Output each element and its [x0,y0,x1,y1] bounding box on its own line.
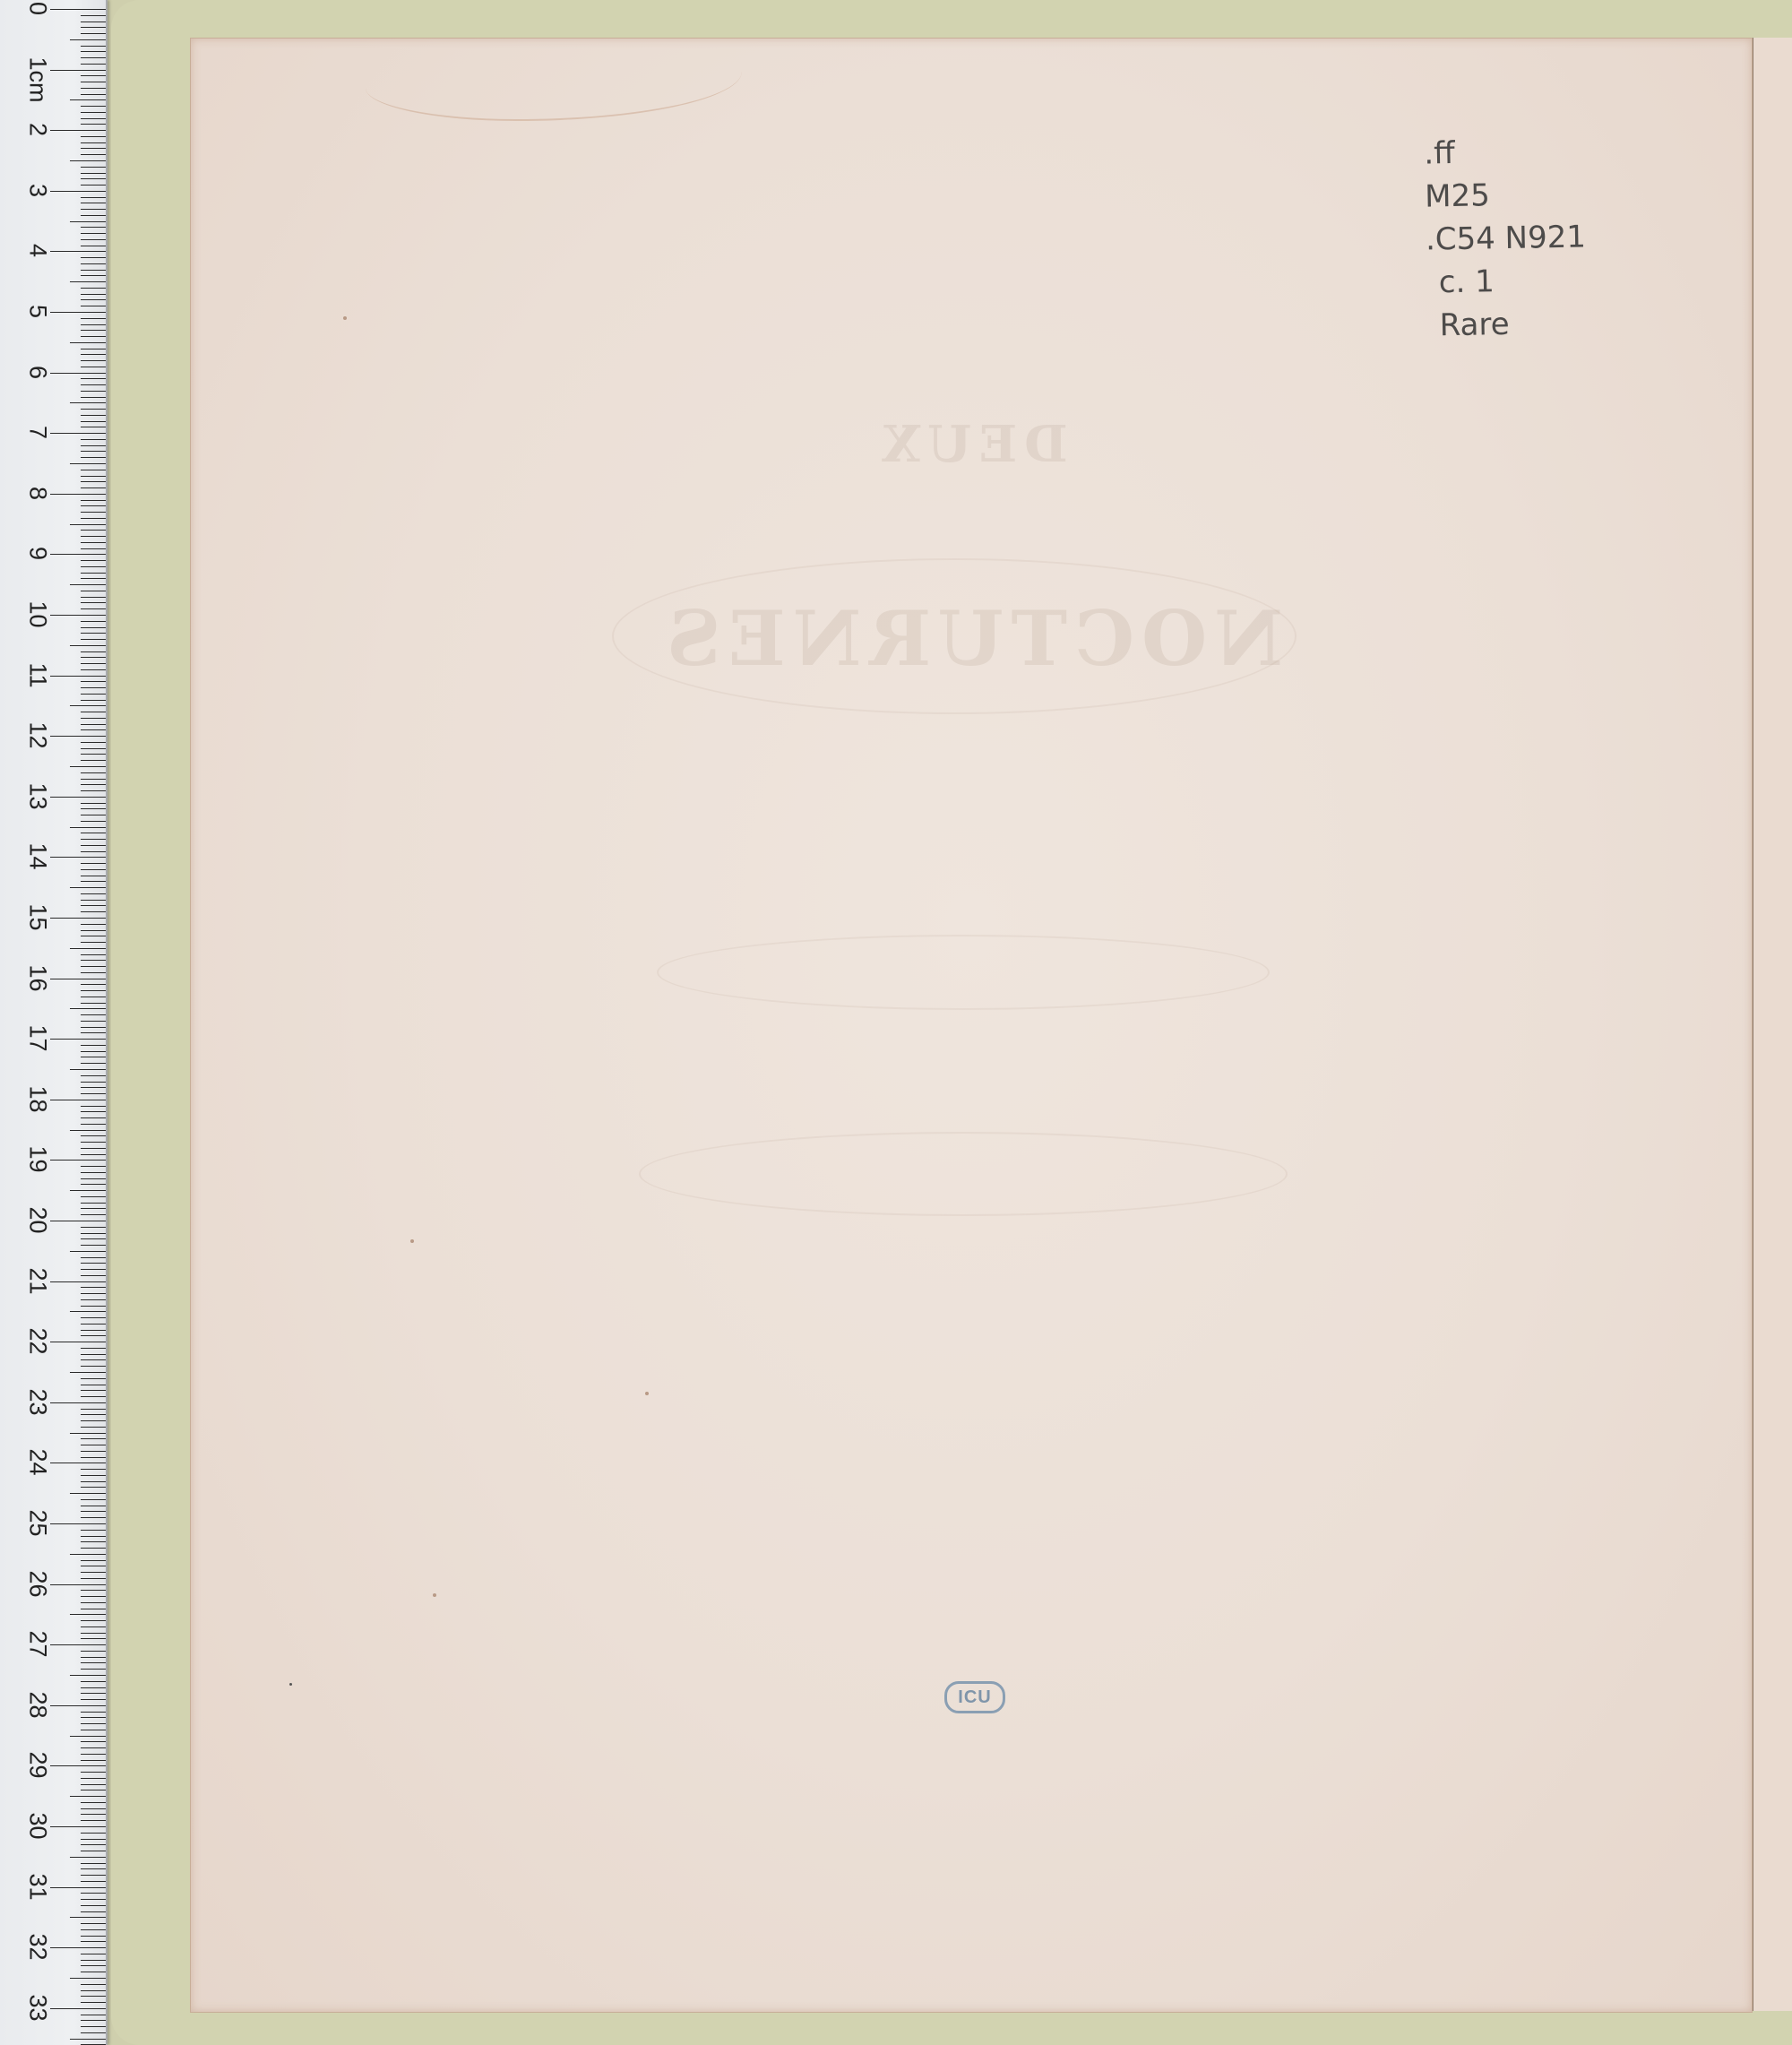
ruler-tick [81,1124,106,1125]
ruler-tick [81,839,106,840]
ruler-tick [81,457,106,458]
ruler-tick [81,608,106,609]
ruler-tick [81,64,106,65]
ruler-tick [81,724,106,725]
ruler-number: 5 [24,294,52,330]
ruler-tick [81,1203,106,1204]
ruler-tick [81,942,106,943]
ruler-tick [81,1548,106,1549]
ruler-tick [81,784,106,785]
ruler-tick [81,470,106,470]
ruler-tick [81,2020,106,2021]
ruler-tick [81,318,106,319]
ruler-tick [70,584,106,585]
ruler-tick [81,1348,106,1349]
paper-speck [410,1239,414,1243]
ruler-tick [70,39,106,40]
ruler-number: 13 [24,778,52,814]
ruler-tick [50,857,106,858]
ruler-number: 20 [24,1203,52,1238]
ruler-tick [81,2002,106,2003]
ruler-tick [81,1438,106,1439]
ruler-tick [81,1287,106,1288]
ruler-tick [50,615,106,616]
ruler-number: 24 [24,1445,52,1480]
ruler-tick [81,573,106,574]
ruler-number: 29 [24,1747,52,1783]
ruler-tick [81,542,106,543]
ruler-tick [50,797,106,798]
ruler-tick [81,427,106,427]
ruler-tick [81,1808,106,1809]
ruler-tick [70,705,106,706]
ruler-tick [81,1784,106,1785]
ruler-tick [81,1390,106,1391]
ruler-tick [81,1839,106,1840]
ruler-tick [81,215,106,216]
ruler-tick [81,1021,106,1022]
ruler-tick [70,524,106,525]
ruler-tick [50,251,106,252]
ruler-tick [50,979,106,979]
ruler-tick [50,1523,106,1524]
ruler-tick [81,112,106,113]
ruler-tick [70,1554,106,1555]
ruler-tick [81,1657,106,1658]
ruler-tick [81,602,106,603]
ruler-tick [81,397,106,398]
ruler-tick [81,1420,106,1421]
bleed-through-line: NOCTURNES [191,594,1752,683]
ruler-tick [81,578,106,579]
ruler-number: 32 [24,1929,52,1965]
ruler-tick [81,1687,106,1688]
ruler-tick [81,960,106,961]
ruler-tick [81,1747,106,1748]
ruler-number: 14 [24,839,52,875]
ruler-tick [81,966,106,967]
ruler-tick [81,1772,106,1773]
ruler-number: 12 [24,718,52,754]
ruler-number: 4 [24,233,52,269]
ruler-tick [81,905,106,906]
ruler-tick [81,1929,106,1930]
ruler-number: 0 [24,0,52,27]
ruler-tick [81,1717,106,1718]
ruler-tick [81,1481,106,1482]
ruler-tick [81,1354,106,1355]
ruler-tick [70,1008,106,1009]
ruler-tick [81,779,106,780]
ruler-tick [81,1566,106,1566]
ruler-tick [81,476,106,477]
ruler-tick [81,1911,106,1912]
ruler-tick [70,1675,106,1676]
ruler-tick [81,1633,106,1634]
ruler-tick [50,312,106,313]
ruler-tick [81,1760,106,1761]
ruler-tick [50,494,106,495]
ruler-tick [81,415,106,416]
ruler-tick [81,148,106,149]
ruler-tick [70,1917,106,1918]
ruler-tick [81,1087,106,1088]
library-stamp: ICU [944,1681,1005,1713]
call-number-line: M25 [1425,172,1586,218]
ruler-tick [81,1003,106,1004]
ruler-tick [81,1741,106,1742]
ruler-tick [70,1857,106,1858]
ruler-tick [81,1487,106,1488]
ruler-tick [81,2015,106,2015]
ruler-tick [70,99,106,100]
ruler-tick [81,1954,106,1954]
ruler-tick [81,694,106,695]
ruler-tick [70,827,106,828]
ruler-tick [50,1463,106,1463]
ruler-tick [81,167,106,168]
ruler-tick [81,82,106,82]
ruler-tick [81,421,106,422]
ruler-tick [50,1705,106,1706]
ruler-tick [81,1359,106,1360]
ruler-tick [81,1045,106,1046]
ruler-tick [81,1075,106,1076]
call-number-line: .C54 N921 [1426,215,1587,261]
ruler-tick [81,1541,106,1542]
ruler-tick [50,554,106,555]
ruler-tick [81,881,106,882]
ruler-tick [70,342,106,343]
ruler-number: 30 [24,1808,52,1844]
ruler-tick [81,203,106,203]
ruler-tick [70,1978,106,1979]
ruler-tick [50,918,106,919]
ruler-tick [81,227,106,228]
ruler-tick [81,1178,106,1179]
ruler-tick [81,772,106,773]
ruler-tick [81,275,106,276]
ruler-tick [81,1166,106,1167]
ruler-tick [81,718,106,719]
ruler-tick [81,409,106,410]
ruler-tick [70,948,106,949]
ruler-tick [81,681,106,682]
ruler-tick [81,900,106,901]
ruler-tick [81,1457,106,1458]
ruler-tick [70,402,106,403]
ruler-tick [81,1063,106,1064]
ruler-tick [81,324,106,325]
ruler-tick [50,1342,106,1342]
ruler-tick [81,669,106,670]
ruler-tick [70,887,106,888]
ruler-tick [81,1560,106,1561]
ruler-tick [81,263,106,264]
call-number-line: Rare [1426,301,1588,347]
ruler-tick [50,1281,106,1282]
ruler-number: 19 [24,1142,52,1178]
ruler-tick [81,591,106,591]
ruler-tick [81,1275,106,1276]
ruler-tick [81,1965,106,1966]
ruler-tick [81,439,106,440]
ruler-tick [70,1614,106,1615]
ruler-number: 33 [24,1989,52,2025]
ruler-tick [81,197,106,198]
ruler-tick [81,1984,106,1985]
ruler-tick [50,1402,106,1403]
ruler-tick [81,597,106,598]
ruler-tick [81,1057,106,1057]
ruler-tick [81,1014,106,1015]
ruler-tick [81,57,106,58]
ruler-tick [81,1609,106,1609]
ruler-tick [50,1887,106,1888]
ruler-tick [50,9,106,10]
ruler-tick [81,154,106,155]
ruler-tick [81,22,106,22]
ruler-tick [81,270,106,271]
ruler-tick [81,1427,106,1428]
ruler-tick [81,1299,106,1300]
ruler-tick [81,700,106,701]
ruler-tick [81,1111,106,1112]
ruler-tick [81,1208,106,1209]
ruler-tick [81,1499,106,1500]
ruler-tick [70,1130,106,1131]
ruler-tick [81,354,106,355]
bleed-through-ornament [639,1132,1288,1216]
ruler-tick [50,130,106,131]
ruler-tick [81,748,106,749]
ruler-tick [81,33,106,34]
ruler-tick [81,505,106,506]
ruler-tick [81,1469,106,1470]
ruler-tick [70,766,106,767]
ruler-tick [81,481,106,482]
ruler-tick [81,106,106,107]
ruler-tick [81,1936,106,1937]
ruler-tick [81,1778,106,1779]
ruler-number: 26 [24,1566,52,1601]
ruler-number: 1cm [24,56,52,92]
ruler-tick [81,1814,106,1815]
ruler-tick [50,70,106,71]
ruler-number: 25 [24,1506,52,1541]
ruler-tick [81,760,106,761]
ruler-tick [70,1493,106,1494]
ruler-tick [81,1269,106,1270]
ruler-tick [81,1941,106,1942]
ruler-tick [81,1233,106,1234]
ruler-tick [81,924,106,925]
ruler-tick [81,790,106,791]
ruler-number: 11 [24,657,52,693]
ruler-tick [81,1699,106,1700]
ruler-tick [81,173,106,174]
ruler-tick [81,294,106,295]
paper-speck [645,1392,649,1395]
ruler-tick [81,1899,106,1900]
paper-speck [289,1683,292,1686]
ruler-tick [81,1875,106,1876]
ruler-tick [81,445,106,446]
ruler-tick [81,1154,106,1155]
ruler-tick [81,1184,106,1185]
ruler-tick [81,1790,106,1790]
ruler-tick [81,1730,106,1730]
ruler-tick [81,1257,106,1258]
ruler-number: 22 [24,1324,52,1359]
ruler-tick [81,1117,106,1118]
ruler-tick [50,1100,106,1100]
ruler-tick [81,1893,106,1894]
ruler-tick [81,27,106,28]
ruler-number: 2 [24,112,52,148]
ruler-tick [81,360,106,361]
ruler-tick [81,1820,106,1821]
ruler-tick [81,1142,106,1143]
ruler-tick [50,1826,106,1827]
ruler-tick [81,821,106,822]
ruler-tick [70,1433,106,1434]
ruler-tick [81,1638,106,1639]
ruler-tick [70,1190,106,1191]
ruler-tick [81,560,106,561]
ruler-tick [81,1536,106,1537]
ruler-tick [81,1868,106,1869]
handwritten-call-number: .ff M25 .C54 N921 c. 1 Rare [1424,129,1588,347]
ruler-tick [70,645,106,646]
ruler-tick [81,815,106,815]
bleed-through-line: DEUX [191,415,1752,474]
ruler-tick [81,1681,106,1682]
ruler-tick [81,2026,106,2027]
ruler-tick [50,676,106,677]
ruler-number: 3 [24,172,52,208]
ruler-tick [81,1669,106,1670]
ruler-tick [81,124,106,125]
ruler-tick [70,1311,106,1312]
ruler-tick [81,1475,106,1476]
paper-speck [433,1593,436,1597]
ruler-tick [81,954,106,955]
ruler-tick [81,639,106,640]
ruler-tick [81,306,106,306]
ruler-tick [81,1578,106,1579]
ruler-tick [81,984,106,985]
ruler-tick [81,1027,106,1028]
ruler-tick [81,1627,106,1627]
ruler-tick [50,1644,106,1645]
ruler-tick [81,518,106,519]
ruler-tick [70,1069,106,1070]
ruler-tick [70,463,106,464]
ruler-tick [81,75,106,76]
ruler-tick [81,1378,106,1379]
ruler-tick [81,845,106,846]
ruler-tick [81,1651,106,1652]
ruler-tick [81,288,106,289]
ruler-tick [81,1530,106,1531]
ruler-tick [81,1335,106,1336]
adjacent-page-edge [1752,38,1792,2011]
ruler-tick [81,1106,106,1107]
ruler-number: 15 [24,900,52,936]
ruler-tick [81,1293,106,1294]
ruler-tick [70,1251,106,1252]
ruler-tick [81,1972,106,1972]
ruler-tick [81,239,106,240]
ruler-number: 27 [24,1627,52,1662]
ruler-tick [81,1723,106,1724]
ruler-tick [81,136,106,137]
ruler-number: 9 [24,536,52,572]
ruler-tick [81,1135,106,1136]
ruler-number: 28 [24,1687,52,1722]
ruler-tick [81,1227,106,1228]
ruler-tick [81,1263,106,1264]
ruler-tick [81,536,106,537]
ruler-tick [70,1796,106,1797]
ruler-tick [50,1947,106,1948]
ruler-tick [81,349,106,349]
ruler-tick [81,1833,106,1834]
ruler-tick [81,1148,106,1149]
ruler-tick [81,1596,106,1597]
ruler-number: 31 [24,1868,52,1904]
ruler-tick [81,1330,106,1331]
ruler-number: 6 [24,354,52,390]
ruler-tick [81,209,106,210]
ruler-tick [81,621,106,622]
ruler-tick [81,911,106,912]
ruler-tick [81,1602,106,1603]
ruler-tick [81,657,106,658]
ruler-tick [81,94,106,95]
ruler-tick [81,863,106,864]
ruler-tick [50,1584,106,1585]
ruler-tick [70,160,106,161]
ruler-tick [81,1032,106,1033]
ruler-tick [50,433,106,434]
ruler-tick [81,15,106,16]
ruler-tick [81,1051,106,1052]
ruler-tick [81,663,106,664]
ruler-tick [81,1590,106,1591]
ruler-tick [81,1662,106,1663]
ruler-tick [81,990,106,991]
call-number-line: c. 1 [1426,258,1587,304]
document-page: DEUX NOCTURNES .ff M25 .C54 N921 c. 1 Ra… [190,38,1753,2013]
ruler-tick [81,1172,106,1173]
ruler-tick [81,1802,106,1803]
ruler-tick [81,1245,106,1246]
ruler-tick [81,178,106,179]
ruler-tick [81,51,106,52]
ruler-tick [81,2032,106,2033]
ruler-tick [81,712,106,712]
ruler-tick [81,729,106,730]
ruler-tick [81,1844,106,1845]
ruler-number: 17 [24,1021,52,1057]
ruler-tick [70,1372,106,1373]
ruler-tick [81,1506,106,1506]
ruler-tick [81,246,106,246]
ruler-tick [81,1082,106,1083]
ruler-tick [81,803,106,804]
